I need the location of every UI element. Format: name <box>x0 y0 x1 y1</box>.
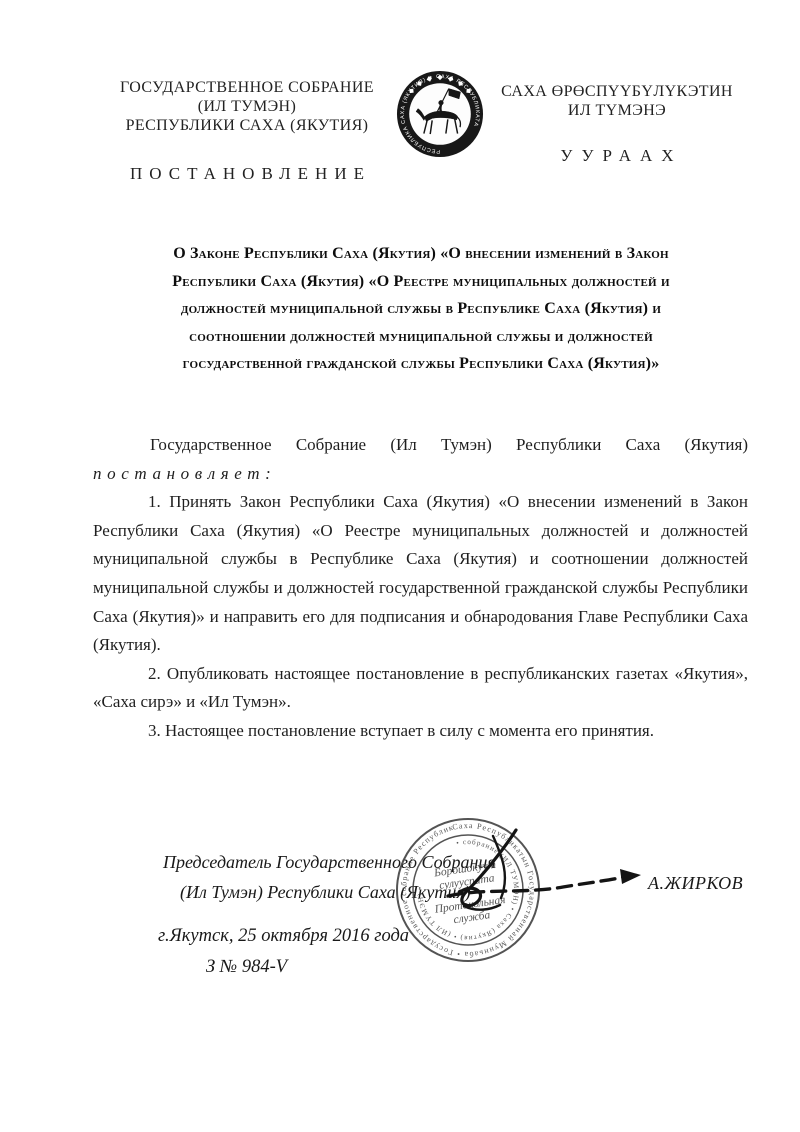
paragraph-2: 2. Опубликовать настоящее постановление … <box>93 660 748 717</box>
doc-type-sakha: УУРААХ <box>488 146 746 165</box>
header-org-russian: ГОСУДАРСТВЕННОЕ СОБРАНИЕ (ИЛ ТУМЭН) РЕСП… <box>96 78 398 183</box>
org-line: САХА ӨРӨСПҮҮБҮЛҮКЭТИН <box>488 82 746 101</box>
title-line: О Законе Республики Саха (Якутия) «О вне… <box>95 240 747 268</box>
paragraph-3: 3. Настоящее постановление вступает в си… <box>93 717 748 746</box>
doc-type-russian: ПОСТАНОВЛЕНИЕ <box>96 164 398 183</box>
title-line: государственной гражданской службы Респу… <box>95 350 747 378</box>
handwritten-signature <box>398 818 658 936</box>
body-intro-line: Государственное Собрание (Ил Тумэн) Респ… <box>93 431 748 460</box>
resolution-title: О Законе Республики Саха (Якутия) «О вне… <box>95 240 747 378</box>
document-page: ГОСУДАРСТВЕННОЕ СОБРАНИЕ (ИЛ ТУМЭН) РЕСП… <box>0 0 800 1132</box>
body-intro-verb: постановляет: <box>93 460 748 489</box>
org-line: (ИЛ ТУМЭН) <box>96 97 398 116</box>
paragraph-1: 1. Принять Закон Республики Саха (Якутия… <box>93 488 748 660</box>
signatory-name: А.ЖИРКОВ <box>648 873 743 894</box>
title-line: Республики Саха (Якутия) «О Реестре муни… <box>95 268 747 296</box>
header-org-sakha: САХА ӨРӨСПҮҮБҮЛҮКЭТИН ИЛ ТҮМЭНЭ УУРААХ <box>488 82 746 165</box>
place-and-date: г.Якутск, 25 октября 2016 года <box>158 926 409 947</box>
document-number: З № 984-V <box>206 957 287 978</box>
coat-of-arms-icon: РЕСПУБЛИКА САХА (ЯКУТИЯ) ✦ САХА РЕСПУБЛИ… <box>396 70 484 158</box>
org-line: ИЛ ТҮМЭНЭ <box>488 101 746 120</box>
title-line: должностей муниципальной службы в Респуб… <box>95 295 747 323</box>
org-line: РЕСПУБЛИКИ САХА (ЯКУТИЯ) <box>96 116 398 135</box>
title-line: соотношении должностей муниципальной слу… <box>95 323 747 351</box>
org-line: ГОСУДАРСТВЕННОЕ СОБРАНИЕ <box>96 78 398 97</box>
resolution-body: Государственное Собрание (Ил Тумэн) Респ… <box>93 431 748 746</box>
